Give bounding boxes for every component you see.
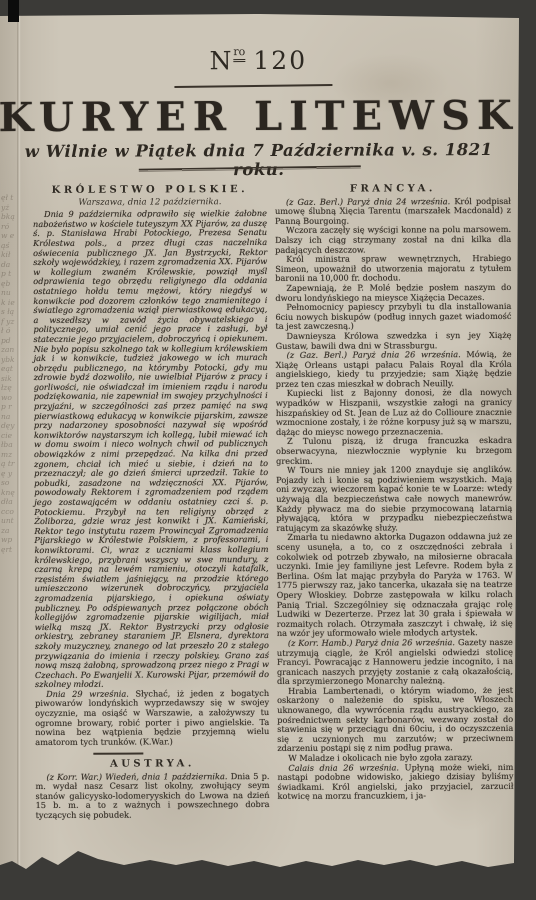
binding-strip (8, 0, 19, 22)
article-paragraph: Z Tulonu piszą, iż druga francuzka eskad… (276, 436, 512, 466)
paragraph-text: Dawnieysza Królowa szwedzka i syn jey Xi… (276, 330, 512, 351)
article-paragraph: Wczora zaczęły się wyścigi konne na polu… (275, 225, 511, 255)
section-heading-kingdom-of-poland: KRÓLESTWO POLSKIE. (33, 185, 267, 196)
article-paragraph: Zmarła tu niedawno aktorka Dugazon oddaw… (276, 532, 512, 639)
paragraph-text: Pełnomocnicy papiescy przybyli tu dla in… (275, 301, 511, 331)
section-heading-france: FRANCYA. (275, 184, 511, 195)
article-paragraph: Pełnomocnicy papiescy przybyli tu dla in… (275, 302, 511, 332)
newspaper-title: KURYER LITEWSKI (0, 92, 519, 141)
issue-superscript: ro (233, 45, 245, 62)
paragraph-text: Wczora zaczęły się wyścigi konne na polu… (275, 224, 511, 254)
article-paragraph: Hrabia Lambertenadi, o którym wiadomo, ż… (277, 686, 513, 754)
masthead-dateline: w Wilnie w Piątek dnia 7 Października v.… (0, 140, 519, 180)
article-paragraph: (z Korr. Hamb.) Paryż dnia 26 września. … (277, 638, 513, 687)
article-paragraph: Dnia 9 października odprawiło się wielki… (33, 209, 269, 690)
issue-number-line: Nro120 (0, 44, 518, 76)
article-paragraph: Zapewniają, że P. Molé będzie posłem nas… (275, 283, 511, 303)
issue-number: 120 (253, 46, 307, 75)
masthead-rule-top (174, 84, 332, 88)
article-paragraph: W Tours nie mniey jak 1200 znayduje się … (276, 465, 512, 533)
right-column: FRANCYA. (z Gaz. Berl.) Paryż dnia 24 wr… (275, 184, 514, 853)
austria-section: AUSTRYA. (z Korr. War.) Wiedeń, dnia 1 p… (35, 759, 269, 821)
page-content: Nro120 KURYER LITEWSKI w Wilnie w Piątek… (0, 12, 522, 876)
paragraph-text: Król ministra spraw wewnętrznych, Hrabie… (275, 253, 511, 283)
warsaw-dateline: Warszawa, dnia 12 października. (33, 198, 267, 209)
article-paragraph: (z Gaz. Berl.) Paryż dnia 26 września. M… (276, 350, 512, 389)
newspaper-sheet: ęł tyż bką rów eąś kił dap tęb nuk ies ł… (0, 13, 520, 875)
paragraph-text: Kupiecki list z Bajonny donosi, że dla n… (276, 387, 512, 436)
article-paragraph: Dawnieysza Królowa szwedzka i syn jey Xi… (276, 331, 512, 351)
paragraph-text: Hrabia Lambertenadi, o którym wiadomo, ż… (277, 685, 513, 754)
article-paragraph: Dnia 29 września. Słychać, iż jeden z bo… (35, 689, 269, 748)
article-paragraph: (z Gaz. Berl.) Paryż dnia 24 września. K… (275, 196, 511, 226)
article-paragraph: (z Korr. War.) Wiedeń, dnia 1 październi… (35, 771, 269, 820)
paragraph-text: W Tours nie mniey jak 1200 znayduje się … (276, 464, 512, 533)
scanned-newspaper-page: ęł tyż bką rów eąś kił dap tęb nuk ies ł… (0, 0, 536, 900)
section-separator-rule (93, 753, 143, 755)
section-heading-austria: AUSTRYA. (35, 759, 269, 770)
issue-prefix: N (210, 46, 234, 75)
left-column: KRÓLESTWO POLSKIE. Warszawa, dnia 12 paź… (33, 185, 270, 834)
article-paragraph: Kupiecki list z Bajonny donosi, że dla n… (276, 388, 512, 437)
paragraph-text: Z Tulonu piszą, iż druga francuzka eskad… (276, 435, 512, 465)
paragraph-text: Zapewniają, że P. Molé będzie posłem nas… (275, 282, 511, 303)
article-paragraph: Król ministra spraw wewnętrznych, Hrabie… (275, 254, 511, 284)
paragraph-text: Zmarła tu niedawno aktorka Dugazon oddaw… (276, 531, 512, 638)
article-paragraph: Calais dnia 26 września. Upłyną może wie… (277, 763, 513, 802)
